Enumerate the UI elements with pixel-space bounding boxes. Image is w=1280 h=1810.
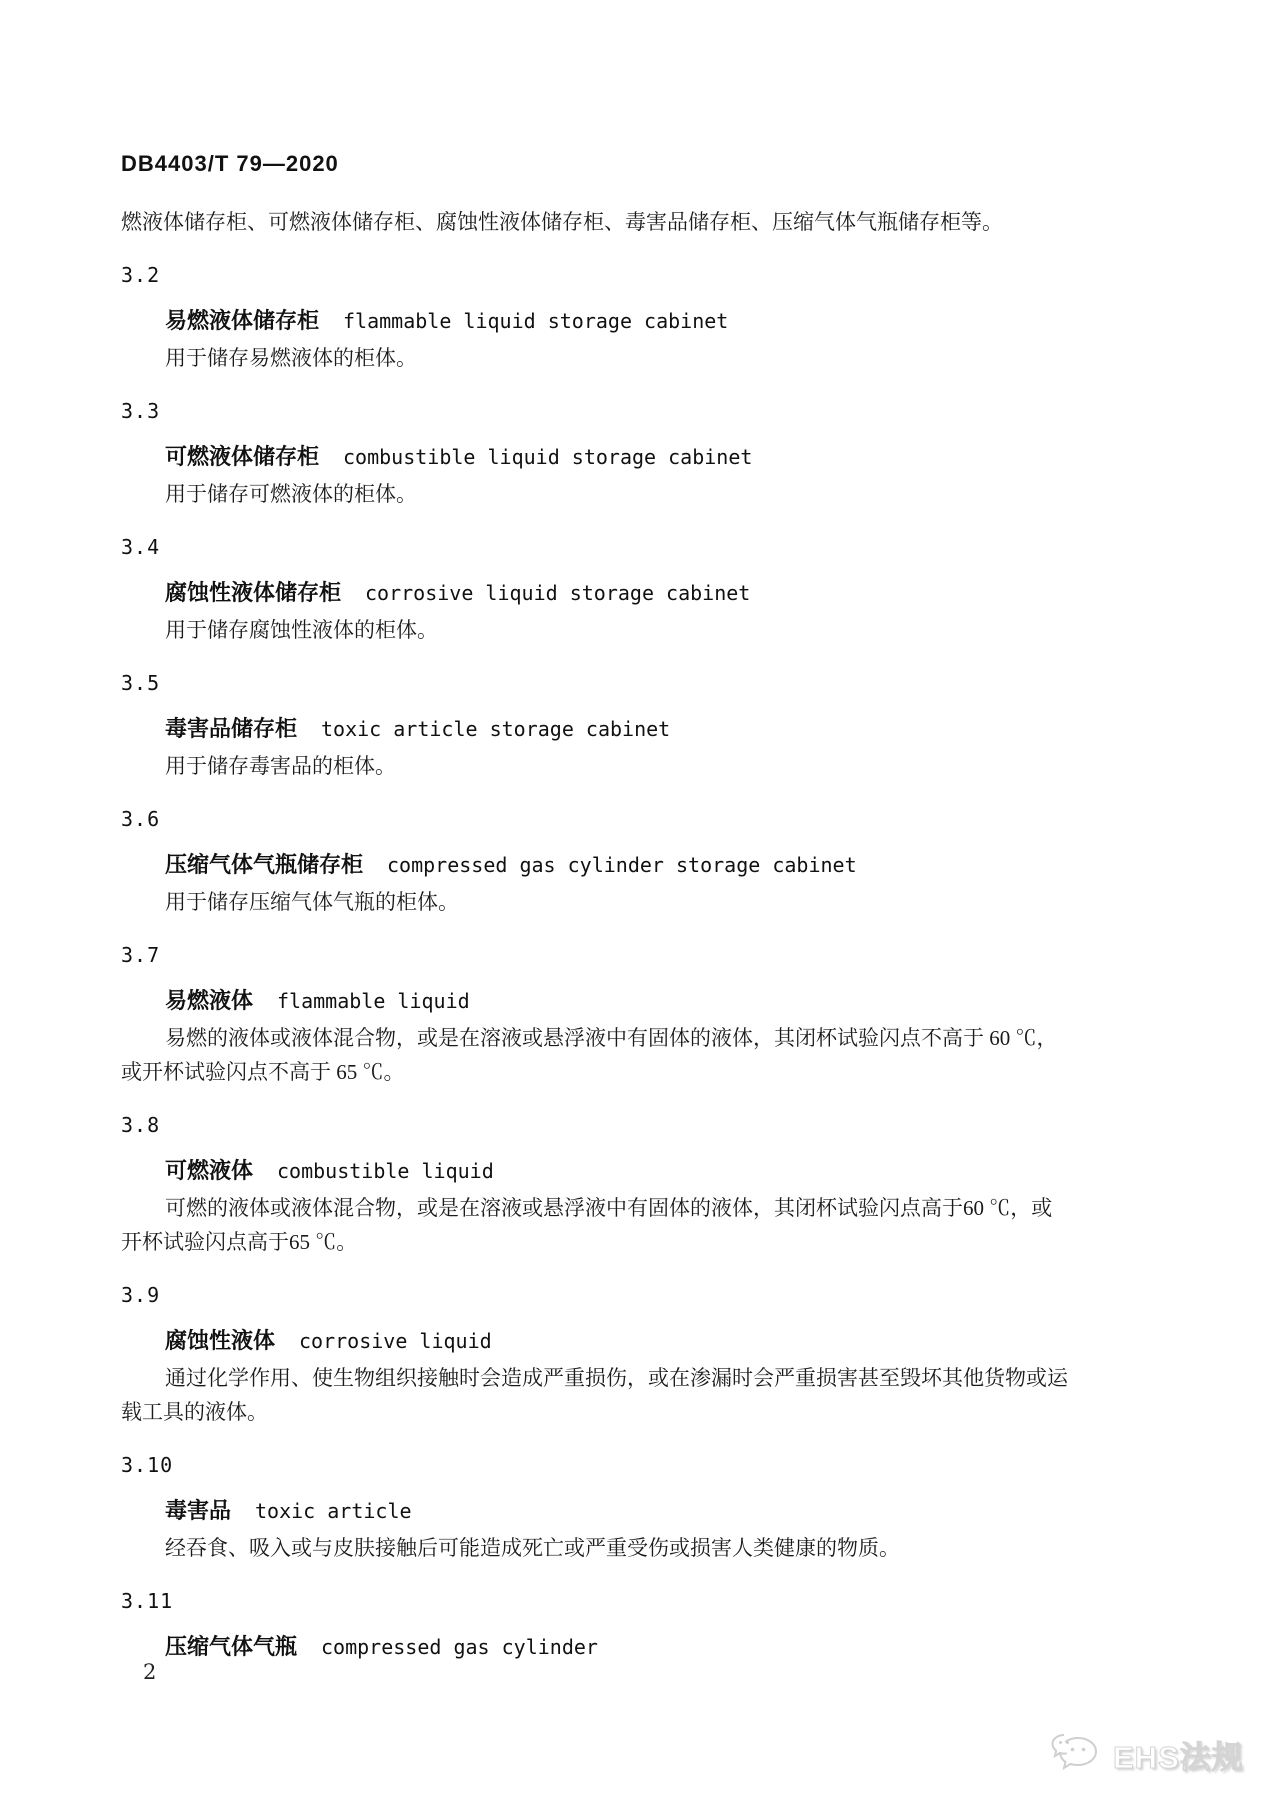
page-number: 2 xyxy=(143,1660,156,1684)
definition-block: 用于储存毒害品的柜体。 xyxy=(121,749,1151,783)
page-content: DB4403/T 79—2020 燃液体储存柜、可燃液体储存柜、腐蚀性液体储存柜… xyxy=(121,0,1151,1667)
term-line: 腐蚀性液体储存柜 corrosive liquid storage cabine… xyxy=(121,576,1151,613)
term-chinese: 腐蚀性液体储存柜 xyxy=(165,580,341,605)
term-section: 3.6 压缩气体气瓶储存柜 compressed gas cylinder st… xyxy=(121,802,1151,919)
section-number: 3.9 xyxy=(121,1278,1151,1312)
section-number: 3.7 xyxy=(121,938,1151,972)
sections: 3.2 易燃液体储存柜 flammable liquid storage cab… xyxy=(121,258,1151,1667)
term-chinese: 毒害品 xyxy=(165,1498,231,1523)
term-chinese: 腐蚀性液体 xyxy=(165,1328,275,1353)
term-chinese: 压缩气体气瓶 xyxy=(165,1634,297,1659)
definition-line: 或开杯试验闪点不高于 65 ℃。 xyxy=(121,1055,1151,1089)
term-line: 毒害品 toxic article xyxy=(121,1494,1151,1531)
standard-number-header: DB4403/T 79—2020 xyxy=(121,150,1151,178)
term-english: compressed gas cylinder storage cabinet xyxy=(387,853,857,877)
term-line: 压缩气体气瓶储存柜 compressed gas cylinder storag… xyxy=(121,848,1151,885)
document-page: { "document": { "standard_number": "DB44… xyxy=(0,0,1280,1810)
term-line: 可燃液体储存柜 combustible liquid storage cabin… xyxy=(121,440,1151,477)
definition-block: 用于储存易燃液体的柜体。 xyxy=(121,341,1151,375)
section-number: 3.3 xyxy=(121,394,1151,428)
term-line: 可燃液体 combustible liquid xyxy=(121,1154,1151,1191)
definition-line: 开杯试验闪点高于65 ℃。 xyxy=(121,1225,1151,1259)
term-line: 压缩气体气瓶 compressed gas cylinder xyxy=(121,1630,1151,1667)
term-english: combustible liquid storage cabinet xyxy=(343,445,752,469)
term-english: combustible liquid xyxy=(277,1159,494,1183)
definition-line: 用于储存易燃液体的柜体。 xyxy=(121,341,1151,375)
section-number: 3.5 xyxy=(121,666,1151,700)
term-section: 3.2 易燃液体储存柜 flammable liquid storage cab… xyxy=(121,258,1151,375)
definition-block: 用于储存压缩气体气瓶的柜体。 xyxy=(121,885,1151,919)
definition-line: 用于储存腐蚀性液体的柜体。 xyxy=(121,613,1151,647)
term-section: 3.10 毒害品 toxic article 经吞食、吸入或与皮肤接触后可能造成… xyxy=(121,1448,1151,1565)
definition-line: 用于储存压缩气体气瓶的柜体。 xyxy=(121,885,1151,919)
watermark: EHS法规 xyxy=(1050,1732,1244,1777)
definition-block: 通过化学作用、使生物组织接触时会造成严重损伤，或在渗漏时会严重损害甚至毁坏其他货… xyxy=(121,1361,1151,1429)
definition-block: 用于储存腐蚀性液体的柜体。 xyxy=(121,613,1151,647)
term-chinese: 可燃液体储存柜 xyxy=(165,444,319,469)
definition-line: 通过化学作用、使生物组织接触时会造成严重损伤，或在渗漏时会严重损害甚至毁坏其他货… xyxy=(121,1361,1151,1395)
term-chinese: 毒害品储存柜 xyxy=(165,716,297,741)
term-section: 3.3 可燃液体储存柜 combustible liquid storage c… xyxy=(121,394,1151,511)
term-line: 易燃液体 flammable liquid xyxy=(121,984,1151,1021)
term-line: 易燃液体储存柜 flammable liquid storage cabinet xyxy=(121,304,1151,341)
section-number: 3.4 xyxy=(121,530,1151,564)
watermark-label: EHS法规 xyxy=(1113,1732,1244,1777)
definition-block: 用于储存可燃液体的柜体。 xyxy=(121,477,1151,511)
term-english: flammable liquid xyxy=(277,989,470,1013)
definition-block: 易燃的液体或液体混合物，或是在溶液或悬浮液中有固体的液体，其闭杯试验闪点不高于 … xyxy=(121,1021,1151,1089)
term-chinese: 易燃液体储存柜 xyxy=(165,308,319,333)
term-line: 毒害品储存柜 toxic article storage cabinet xyxy=(121,712,1151,749)
definition-line: 易燃的液体或液体混合物，或是在溶液或悬浮液中有固体的液体，其闭杯试验闪点不高于 … xyxy=(121,1021,1151,1055)
definition-line: 用于储存可燃液体的柜体。 xyxy=(121,477,1151,511)
term-english: corrosive liquid xyxy=(299,1329,492,1353)
term-line: 腐蚀性液体 corrosive liquid xyxy=(121,1324,1151,1361)
section-number: 3.2 xyxy=(121,258,1151,292)
term-section: 3.4 腐蚀性液体储存柜 corrosive liquid storage ca… xyxy=(121,530,1151,647)
definition-line: 载工具的液体。 xyxy=(121,1395,1151,1429)
term-chinese: 压缩气体气瓶储存柜 xyxy=(165,852,363,877)
term-section: 3.11 压缩气体气瓶 compressed gas cylinder xyxy=(121,1584,1151,1667)
wechat-logo-icon xyxy=(1050,1733,1104,1777)
definition-block: 可燃的液体或液体混合物，或是在溶液或悬浮液中有固体的液体，其闭杯试验闪点高于60… xyxy=(121,1191,1151,1259)
section-number: 3.6 xyxy=(121,802,1151,836)
definition-line: 可燃的液体或液体混合物，或是在溶液或悬浮液中有固体的液体，其闭杯试验闪点高于60… xyxy=(121,1191,1151,1225)
section-number: 3.11 xyxy=(121,1584,1151,1618)
term-chinese: 可燃液体 xyxy=(165,1158,253,1183)
term-section: 3.5 毒害品储存柜 toxic article storage cabinet… xyxy=(121,666,1151,783)
definition-line: 用于储存毒害品的柜体。 xyxy=(121,749,1151,783)
term-section: 3.7 易燃液体 flammable liquid 易燃的液体或液体混合物，或是… xyxy=(121,938,1151,1089)
term-english: flammable liquid storage cabinet xyxy=(343,309,728,333)
definition-line: 经吞食、吸入或与皮肤接触后可能造成死亡或严重受伤或损害人类健康的物质。 xyxy=(121,1531,1151,1565)
term-section: 3.8 可燃液体 combustible liquid 可燃的液体或液体混合物，… xyxy=(121,1108,1151,1259)
term-english: toxic article storage cabinet xyxy=(321,717,670,741)
term-chinese: 易燃液体 xyxy=(165,988,253,1013)
section-number: 3.8 xyxy=(121,1108,1151,1142)
term-english: compressed gas cylinder xyxy=(321,1635,598,1659)
term-english: corrosive liquid storage cabinet xyxy=(365,581,750,605)
intro-paragraph: 燃液体储存柜、可燃液体储存柜、腐蚀性液体储存柜、毒害品储存柜、压缩气体气瓶储存柜… xyxy=(121,205,1151,239)
term-section: 3.9 腐蚀性液体 corrosive liquid 通过化学作用、使生物组织接… xyxy=(121,1278,1151,1429)
definition-block: 经吞食、吸入或与皮肤接触后可能造成死亡或严重受伤或损害人类健康的物质。 xyxy=(121,1531,1151,1565)
section-number: 3.10 xyxy=(121,1448,1151,1482)
term-english: toxic article xyxy=(255,1499,412,1523)
